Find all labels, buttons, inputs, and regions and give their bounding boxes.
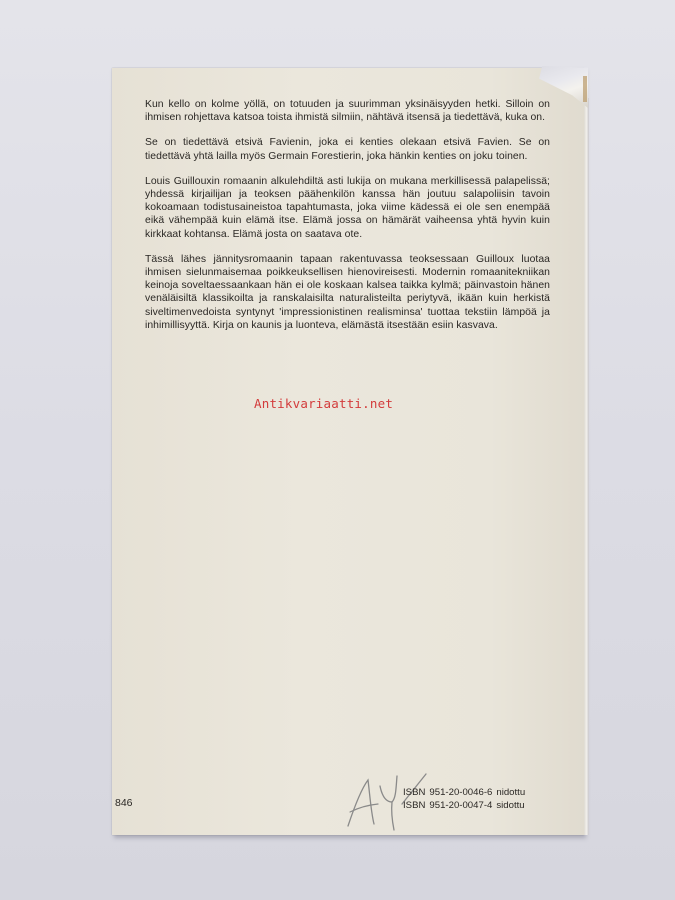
blurb-paragraph-3: Louis Guillouxin romaanin alkulehdiltä a…	[145, 175, 550, 241]
book-back-cover: Kun kello on kolme yöllä, on totuuden ja…	[112, 68, 584, 835]
catalog-number: 846	[115, 797, 133, 809]
isbn-line-paperback: ISBN951-20-0046-6nidottu	[403, 786, 529, 799]
isbn-line-hardcover: ISBN951-20-0047-4sidottu	[403, 799, 529, 812]
torn-corner-edge	[583, 76, 587, 102]
blurb-paragraph-2: Se on tiedettävä etsivä Favienin, joka e…	[145, 136, 550, 162]
blurb-paragraph-4: Tässä lähes jännitysromaanin tapaan rake…	[145, 253, 550, 332]
back-cover-blurb: Kun kello on kolme yöllä, on totuuden ja…	[145, 98, 550, 344]
blurb-paragraph-1: Kun kello on kolme yöllä, on totuuden ja…	[145, 98, 550, 124]
isbn-binding: sidottu	[496, 800, 524, 811]
isbn-block: ISBN951-20-0046-6nidottu ISBN951-20-0047…	[403, 786, 529, 813]
isbn-label: ISBN	[403, 800, 425, 811]
isbn-number: 951-20-0047-4	[429, 800, 492, 811]
isbn-label: ISBN	[403, 787, 425, 798]
isbn-binding: nidottu	[496, 787, 525, 798]
book-page-edge	[584, 98, 589, 835]
seller-watermark: Antikvariaatti.net	[254, 396, 393, 411]
isbn-number: 951-20-0046-6	[429, 787, 492, 798]
